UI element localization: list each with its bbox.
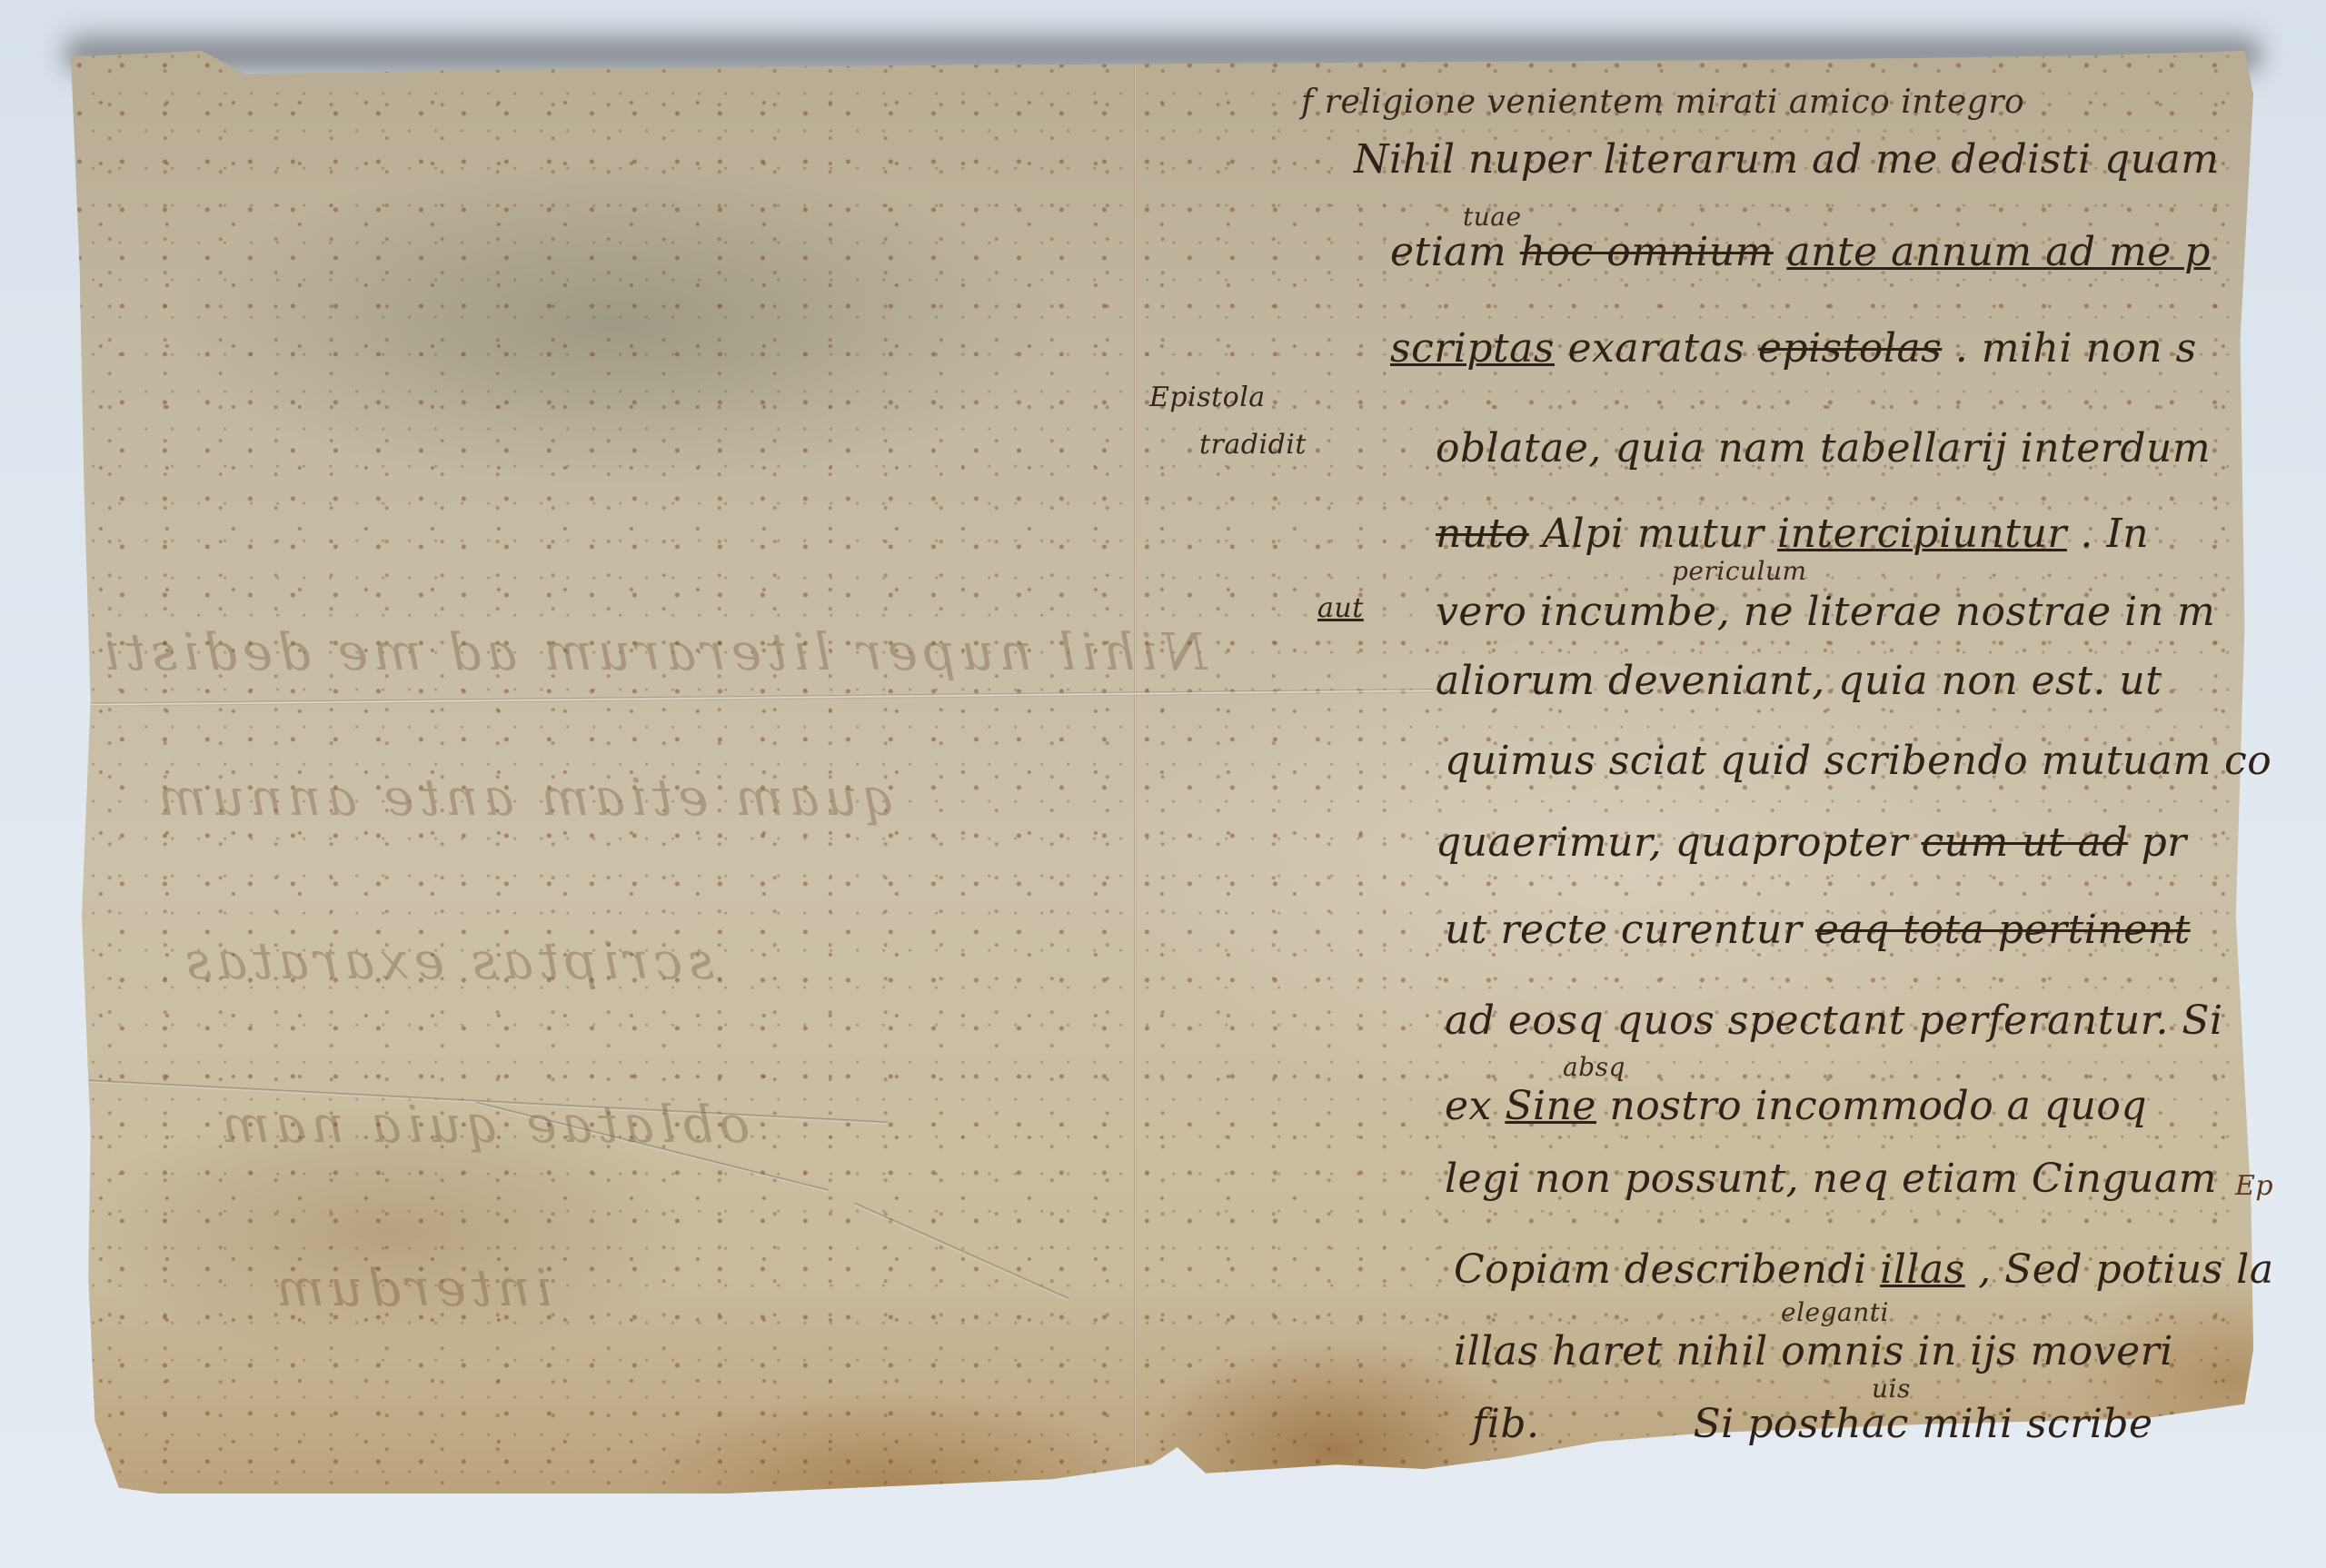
heading-line: f religione venientem mirati amico integ…: [1301, 84, 2024, 121]
text-line: aliorum deveniant, quia non est. ut: [1436, 658, 2162, 704]
interlinear-insert: absq: [1563, 1052, 1625, 1082]
bleed-through-line: oblatae quia nam: [216, 1096, 750, 1155]
text-line: illas haret nihil omnis in ijs moveri: [1454, 1328, 2173, 1374]
bleed-through-line: scriptas exaratas: [180, 932, 714, 991]
margin-note: Ep: [2235, 1170, 2273, 1202]
text-line: fib. Si posthac mihi scribe: [1472, 1401, 2153, 1447]
margin-note: aut: [1317, 592, 1364, 624]
text-line: legi non possunt, neq etiam Cinguam: [1445, 1156, 2217, 1202]
line-rest: . In: [2080, 511, 2149, 557]
bleed-through-line: Nihil nuper literarum ad me dedisti: [98, 623, 1208, 682]
line-prefix: etiam: [1390, 229, 1506, 275]
text-line: etiam hoc omnium ante annum ad me p: [1390, 229, 2211, 275]
line-rest: pr: [2142, 819, 2187, 866]
line-text: quaerimur, quapropter: [1436, 819, 1908, 866]
text-line: quaerimur, quapropter cum ut ad pr: [1436, 819, 2187, 866]
interlinear-insert: tuae: [1463, 202, 1522, 232]
struck-text: eaq tota pertinent: [1815, 907, 2191, 953]
line-rest: , Sed potius la: [1978, 1246, 2273, 1293]
horizontal-fold: [71, 689, 1434, 707]
text-line: ex Sine nostro incommodo a quoq: [1445, 1083, 2147, 1129]
struck-text: nuto: [1436, 511, 1529, 557]
underlined-text: Sine: [1505, 1083, 1596, 1129]
crease-tear: [853, 1202, 1070, 1300]
bleed-through-line: interdum: [271, 1259, 552, 1318]
margin-note: tradidit: [1199, 429, 1307, 461]
struck-text: epistolas: [1758, 325, 1942, 372]
struck-text: hoc omnium: [1520, 229, 1774, 275]
text-line: scriptas exaratas epistolas . mihi non s: [1390, 325, 2197, 372]
vertical-fold: [1134, 51, 1137, 1494]
text-line: Nihil nuper literarum ad me dedisti quam: [1354, 136, 2220, 183]
bleed-through-line: quam etiam ante annum: [153, 769, 896, 828]
line-text: exaratas: [1568, 325, 1745, 372]
underlined-text: scriptas: [1390, 325, 1555, 372]
text-line: nuto Alpi mutur intercipiuntur . In: [1436, 511, 2149, 557]
text-line: quimus sciat quid scribendo mutuam co: [1445, 738, 2271, 784]
margin-note: Epistola: [1149, 382, 1266, 413]
line-text: Alpi mutur: [1542, 511, 1764, 557]
text-line: vero incumbe, ne literae nostrae in m: [1436, 589, 2215, 635]
line-rest: ante annum ad me p: [1786, 229, 2211, 275]
interlinear-insert: eleganti: [1781, 1297, 1889, 1327]
line-text: ex: [1445, 1083, 1492, 1129]
interlinear-insert: periculum: [1672, 556, 1807, 586]
line-prefix: fib.: [1472, 1401, 1540, 1447]
line-rest: nostro incommodo a quoq: [1609, 1083, 2147, 1129]
struck-text: cum ut ad: [1921, 819, 2128, 866]
text-line: Copiam describendi illas , Sed potius la: [1454, 1246, 2274, 1293]
line-text: Si posthac mihi scribe: [1694, 1401, 2153, 1447]
underlined-text: intercipiuntur: [1777, 511, 2067, 557]
text-line: ut recte curentur eaq tota pertinent: [1445, 907, 2191, 953]
text-line: ad eosq quos spectant perferantur. Si: [1445, 997, 2223, 1044]
underlined-text: illas: [1880, 1246, 1965, 1293]
line-rest: . mihi non s: [1955, 325, 2197, 372]
line-text: ut recte curentur: [1445, 907, 1802, 953]
text-line: oblatae, quia nam tabellarij interdum: [1436, 425, 2211, 471]
interlinear-insert: uis: [1872, 1374, 1911, 1404]
line-text: Copiam describendi: [1454, 1246, 1867, 1293]
